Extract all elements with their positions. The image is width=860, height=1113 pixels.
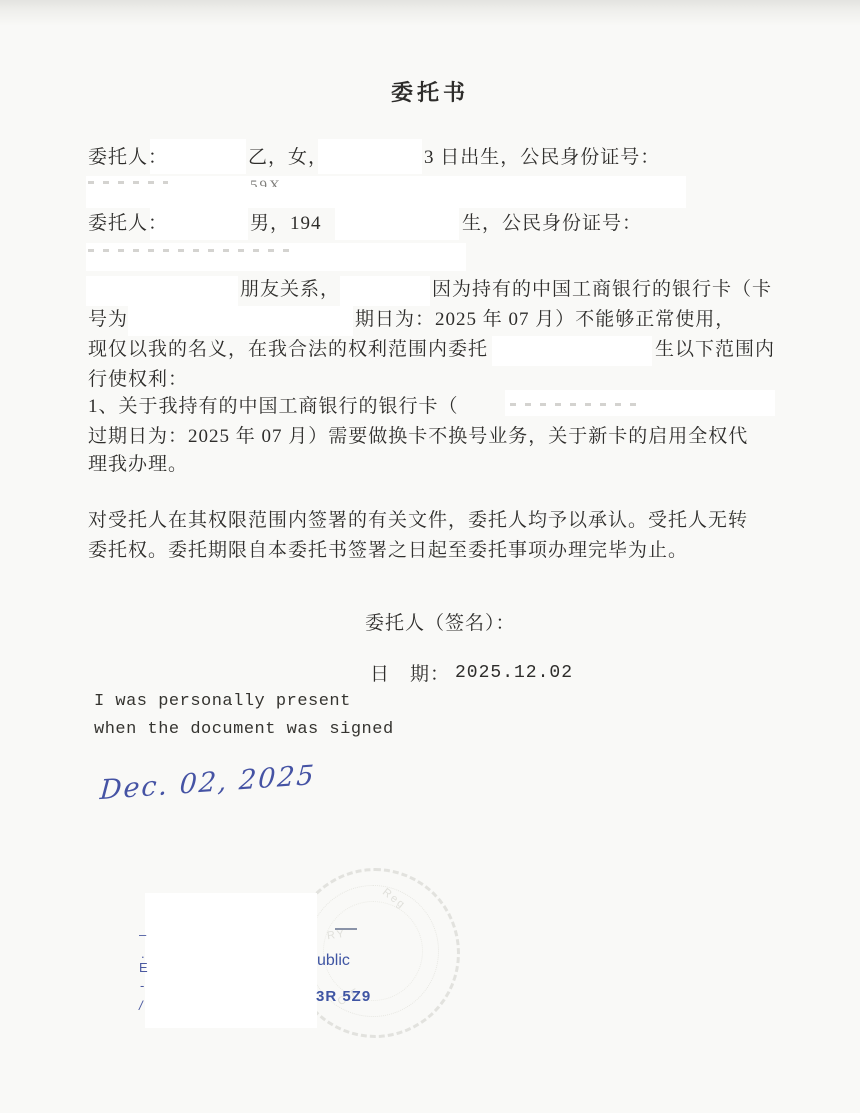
body-p1-l1-b: 因为持有的中国工商银行的银行卡（卡 xyxy=(432,277,772,303)
stamp-left-edge-fragment: – xyxy=(139,927,146,942)
closing-l1: 对受托人在其权限范围内签署的有关文件，委托人均予以承认。受托人无转 xyxy=(88,508,748,534)
body-p1-l1-a: 朋友关系， xyxy=(240,277,340,303)
stamp-left-edge-fragment: . xyxy=(141,946,145,961)
scan-artifact-id-dots xyxy=(88,181,168,184)
redaction-box xyxy=(86,176,686,208)
principal1-name-fragment: 乙，女， xyxy=(248,145,328,171)
principal1-label: 委托人： xyxy=(88,145,168,171)
scanned-document-page: 委托书 委托人： 乙，女， 3 日出生，公民身份证号： 59X 委托人： 男，1… xyxy=(0,0,860,1113)
principal2-label: 委托人： xyxy=(88,211,168,237)
body-p1-l2-b: 期日为：2025 年 07 月）不能够正常使用， xyxy=(355,307,735,333)
redaction-box xyxy=(492,336,652,366)
date-label: 日 期： xyxy=(370,662,450,688)
stamp-dash-fragment xyxy=(335,928,357,930)
scan-artifact-id-tail: 59X xyxy=(250,178,296,187)
body-p1-l3-a: 现仅以我的名义，在我合法的权利范围内委托 xyxy=(88,337,488,363)
date-value: 2025.12.02 xyxy=(455,663,573,683)
redaction-box xyxy=(86,243,466,271)
scan-artifact-top-edge xyxy=(0,0,860,26)
seal-inner-ring xyxy=(323,901,423,1001)
stamp-left-edge-fragment: E xyxy=(139,960,148,975)
redaction-box xyxy=(335,205,459,240)
closing-l2: 委托权。委托期限自本委托书签署之日起至委托事项办理完毕为止。 xyxy=(88,538,688,564)
handwritten-date: Dec. 02, 2025 xyxy=(99,760,317,806)
body-item1-l1: 1、关于我持有的中国工商银行的银行卡（ xyxy=(88,394,459,420)
body-p1-l4: 行使权利： xyxy=(88,367,188,393)
redaction-box xyxy=(128,306,353,336)
principal2-end-fragment: 生，公民身份证号： xyxy=(462,211,642,237)
scan-artifact-id2-dots xyxy=(88,249,298,252)
body-p1-l2-a: 号为 xyxy=(88,307,128,333)
stamp-public-fragment: ublic xyxy=(317,952,350,970)
notary-english-line1: I was personally present xyxy=(94,692,351,711)
stamp-left-edge-fragment: - xyxy=(140,978,144,993)
redaction-box xyxy=(86,276,238,306)
redaction-box-stamp xyxy=(145,893,317,1028)
id-tail-text: 59X xyxy=(250,178,296,187)
stamp-left-edge-fragment: / xyxy=(139,998,143,1013)
body-item1-l3: 理我办理。 xyxy=(88,452,188,478)
body-item1-l2: 过期日为：2025 年 07 月）需要做换卡不换号业务，关于新卡的启用全权代 xyxy=(88,424,748,450)
document-title: 委托书 xyxy=(0,76,860,107)
body-p1-l3-b: 生以下范围内 xyxy=(655,337,775,363)
notary-english-line2: when the document was signed xyxy=(94,720,394,739)
redaction-box xyxy=(318,139,422,174)
redaction-box xyxy=(340,276,430,306)
principal1-birth-fragment: 3 日出生，公民身份证号： xyxy=(424,145,660,171)
signature-label: 委托人（签名）： xyxy=(365,611,516,637)
principal2-mid-fragment: 男，194 xyxy=(250,211,322,237)
stamp-postal-fragment: 3R 5Z9 xyxy=(316,988,371,1005)
scan-artifact-cardno-tips xyxy=(510,403,640,406)
